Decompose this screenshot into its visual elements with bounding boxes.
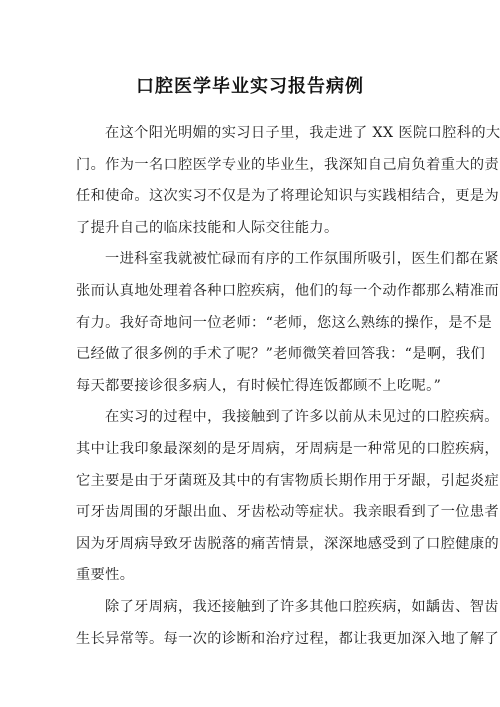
document-title: 口腔医学毕业实习报告病例 (0, 72, 500, 98)
paragraph-2-line-1: 一进科室我就被忙碌而有序的工作氛围所吸引，医生们都在紧 (76, 244, 418, 276)
paragraph-1-line-3: 任和使命。这次实习不仅是为了将理论知识与实践相结合，更是为 (76, 181, 418, 213)
paragraph-4-line-1: 除了牙周病，我还接触到了许多其他口腔疾病，如龋齿、智齿 (76, 592, 418, 624)
document-page: 口腔医学毕业实习报告病例 在这个阳光明媚的实习日子里，我走进了 XX 医院口腔科… (0, 0, 500, 707)
paragraph-3-line-1: 在实习的过程中，我接触到了许多以前从未见过的口腔疾病。 (76, 402, 418, 434)
paragraph-4-line-2: 生长异常等。每一次的诊断和治疗过程，都让我更加深入地了解了 (76, 624, 418, 656)
paragraph-3-line-3: 它主要是由于牙菌斑及其中的有害物质长期作用于牙龈，引起炎症 (76, 466, 418, 498)
paragraph-2-line-2: 张而认真地处理着各种口腔疾病，他们的每一个动作都那么精准而 (76, 276, 418, 308)
paragraph-3-line-2: 其中让我印象最深刻的是牙周病，牙周病是一种常见的口腔疾病， (76, 434, 418, 466)
paragraph-2-line-4: 已经做了很多例的手术了呢？”老师微笑着回答我：“是啊，我们 (76, 339, 418, 371)
paragraph-1-line-1: 在这个阳光明媚的实习日子里，我走进了 XX 医院口腔科的大 (76, 118, 418, 150)
paragraph-1-line-4: 了提升自己的临床技能和人际交往能力。 (76, 213, 418, 245)
document-body: 在这个阳光明媚的实习日子里，我走进了 XX 医院口腔科的大 门。作为一名口腔医学… (76, 118, 418, 655)
paragraph-3-line-6: 重要性。 (76, 560, 418, 592)
paragraph-3-line-4: 可牙齿周围的牙龈出血、牙齿松动等症状。我亲眼看到了一位患者 (76, 497, 418, 529)
paragraph-2-line-3: 有力。我好奇地问一位老师：“老师，您这么熟练的操作，是不是 (76, 308, 418, 340)
paragraph-3-line-5: 因为牙周病导致牙齿脱落的痛苦情景，深深地感受到了口腔健康的 (76, 529, 418, 561)
paragraph-1-line-2: 门。作为一名口腔医学专业的毕业生，我深知自己肩负着重大的责 (76, 150, 418, 182)
paragraph-2-line-5: 每天都要接诊很多病人，有时候忙得连饭都顾不上吃呢。” (76, 371, 418, 403)
